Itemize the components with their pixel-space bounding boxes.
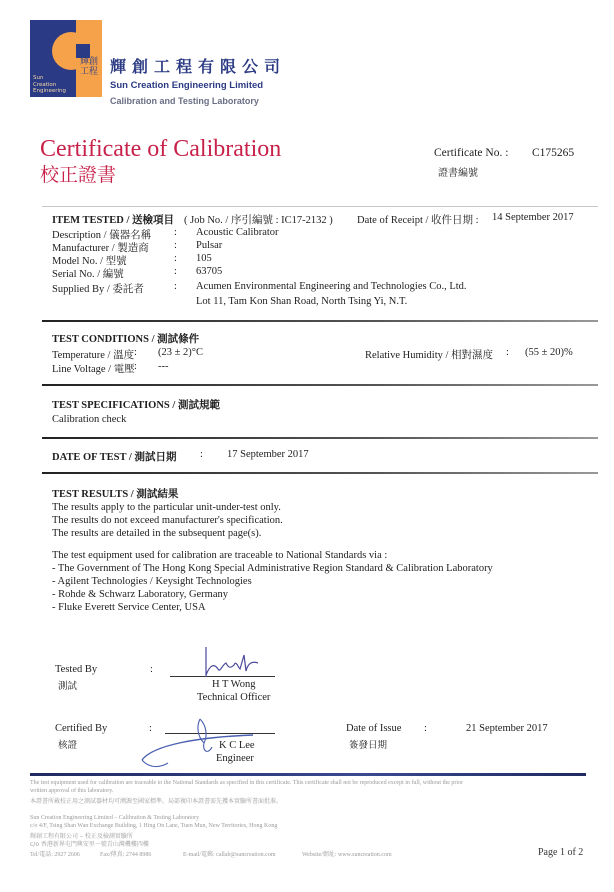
- field-colon: :: [174, 281, 177, 292]
- temperature-value: (23 ± 2)°C: [158, 347, 203, 358]
- result-line: The results do not exceed manufacturer's…: [52, 515, 283, 526]
- tested-by-label-cn: 測試: [58, 678, 77, 692]
- field-label-serial: Serial No. / 編號: [52, 266, 124, 281]
- traceability-item: - Agilent Technologies / Keysight Techno…: [52, 576, 252, 587]
- certificate-no-label-cn: 證書編號: [438, 164, 478, 179]
- tested-by-title: Technical Officer: [197, 692, 270, 703]
- footer-website: Website/網址: www.suncreation.com: [302, 849, 392, 858]
- field-value-description: Acoustic Calibrator: [196, 227, 279, 238]
- logo-notch: [76, 44, 90, 58]
- traceability-item: - Fluke Everett Service Center, USA: [52, 602, 206, 613]
- logo-en-text: Sun Creation Engineering: [33, 75, 77, 95]
- traceability-item: - Rohde & Schwarz Laboratory, Germany: [52, 589, 228, 600]
- field-colon: :: [174, 240, 177, 251]
- logo-cn-text: 輝創工程: [78, 57, 100, 77]
- supplier-address: Lot 11, Tam Kon Shan Road, North Tsing Y…: [196, 296, 407, 307]
- field-colon: :: [134, 361, 137, 372]
- result-line: The results are detailed in the subseque…: [52, 528, 261, 539]
- date-of-receipt-value: 14 September 2017: [492, 212, 574, 223]
- date-of-receipt-label: Date of Receipt / 收件日期 :: [357, 212, 479, 227]
- field-colon: :: [424, 723, 427, 734]
- traceability-intro: The test equipment used for calibration …: [52, 550, 387, 561]
- footer-tel: Tel/電話: 2927 2606: [30, 849, 80, 858]
- humidity-value: (55 ± 20)%: [525, 347, 573, 358]
- footer-disclaimer-cn: 本證書所載校正用之測試器材均可溯源至國家標準。局部複印本證書需先獲本實驗所書面批…: [30, 796, 282, 805]
- footer-fax: Fax/傳真: 2744 8986: [100, 849, 151, 858]
- date-of-issue-value: 21 September 2017: [466, 723, 548, 734]
- line-voltage-label: Line Voltage / 電壓: [52, 361, 135, 376]
- job-number: ( Job No. / 序引編號 : IC17-2132 ): [184, 212, 333, 227]
- certified-by-label-cn: 核證: [58, 737, 77, 751]
- certificate-no-label: Certificate No. :: [434, 147, 508, 159]
- humidity-label: Relative Humidity / 相對濕度: [365, 347, 493, 362]
- result-line: The results apply to the particular unit…: [52, 502, 281, 513]
- test-conditions-heading: TEST CONDITIONS / 測試條件: [52, 331, 199, 346]
- certified-by-name: K C Lee: [219, 740, 255, 751]
- field-value-supplier: Acumen Environmental Engineering and Tec…: [196, 281, 467, 292]
- signature-ht-wong: [200, 645, 280, 680]
- certificate-title-cn: 校正證書: [40, 160, 116, 187]
- line-voltage-value: ---: [158, 361, 169, 372]
- test-results-heading: TEST RESULTS / 測試結果: [52, 486, 178, 501]
- field-value-manufacturer: Pulsar: [196, 240, 222, 251]
- field-colon: :: [174, 266, 177, 277]
- field-colon: :: [200, 449, 203, 460]
- date-of-test-value: 17 September 2017: [227, 449, 309, 460]
- field-colon: :: [150, 664, 153, 675]
- footer-address: Sun Creation Engineering Limited – Calib…: [30, 815, 199, 821]
- traceability-item: - The Government of The Hong Kong Specia…: [52, 563, 493, 574]
- divider: [42, 437, 598, 439]
- field-colon: :: [134, 347, 137, 358]
- certificate-no-value: C175265: [532, 147, 574, 159]
- date-of-test-label: DATE OF TEST / 測試日期: [52, 449, 176, 464]
- field-value-serial: 63705: [196, 266, 222, 277]
- date-of-issue-label-cn: 簽發日期: [349, 737, 387, 751]
- field-colon: :: [506, 347, 509, 358]
- tested-by-label: Tested By: [55, 664, 97, 675]
- field-label-supplier: Supplied By / 委託者: [52, 281, 144, 296]
- divider: [42, 472, 598, 474]
- footer-divider: [30, 773, 586, 776]
- test-specifications-value: Calibration check: [52, 414, 126, 425]
- footer-address: c/o 4/F, Tsing Shan Wan Exchange Buildin…: [30, 823, 277, 829]
- lab-name: Calibration and Testing Laboratory: [110, 96, 259, 106]
- item-tested-heading: ITEM TESTED / 送檢項目: [52, 212, 174, 227]
- certified-by-title: Engineer: [216, 753, 254, 764]
- footer-disclaimer-en-2: written approval of this laboratory.: [30, 788, 113, 794]
- test-specifications-heading: TEST SPECIFICATIONS / 測試規範: [52, 397, 220, 412]
- field-value-model: 105: [196, 253, 212, 264]
- field-colon: :: [174, 253, 177, 264]
- certificate-title: Certificate of Calibration: [40, 136, 281, 163]
- temperature-label: Temperature / 溫度: [52, 347, 134, 362]
- date-of-issue-label: Date of Issue: [346, 723, 401, 734]
- divider: [42, 320, 598, 322]
- company-logo: 輝創工程 Sun Creation Engineering: [30, 20, 102, 97]
- footer-disclaimer-en: The test equipment used for calibration …: [30, 780, 463, 786]
- divider: [42, 384, 598, 386]
- company-name-cn: 輝創工程有限公司: [110, 54, 286, 77]
- footer-email: E-mail/電郵: callab@suncreation.com: [183, 849, 276, 858]
- company-name-en: Sun Creation Engineering Limited: [110, 80, 263, 91]
- field-colon: :: [174, 227, 177, 238]
- certified-by-label: Certified By: [55, 723, 107, 734]
- footer-address-cn: c/o 香港新界屯門興安里一號青山灣機樓四樓: [30, 839, 149, 848]
- page-number: Page 1 of 2: [538, 847, 583, 858]
- tested-by-name: H T Wong: [212, 679, 256, 690]
- divider: [42, 206, 598, 207]
